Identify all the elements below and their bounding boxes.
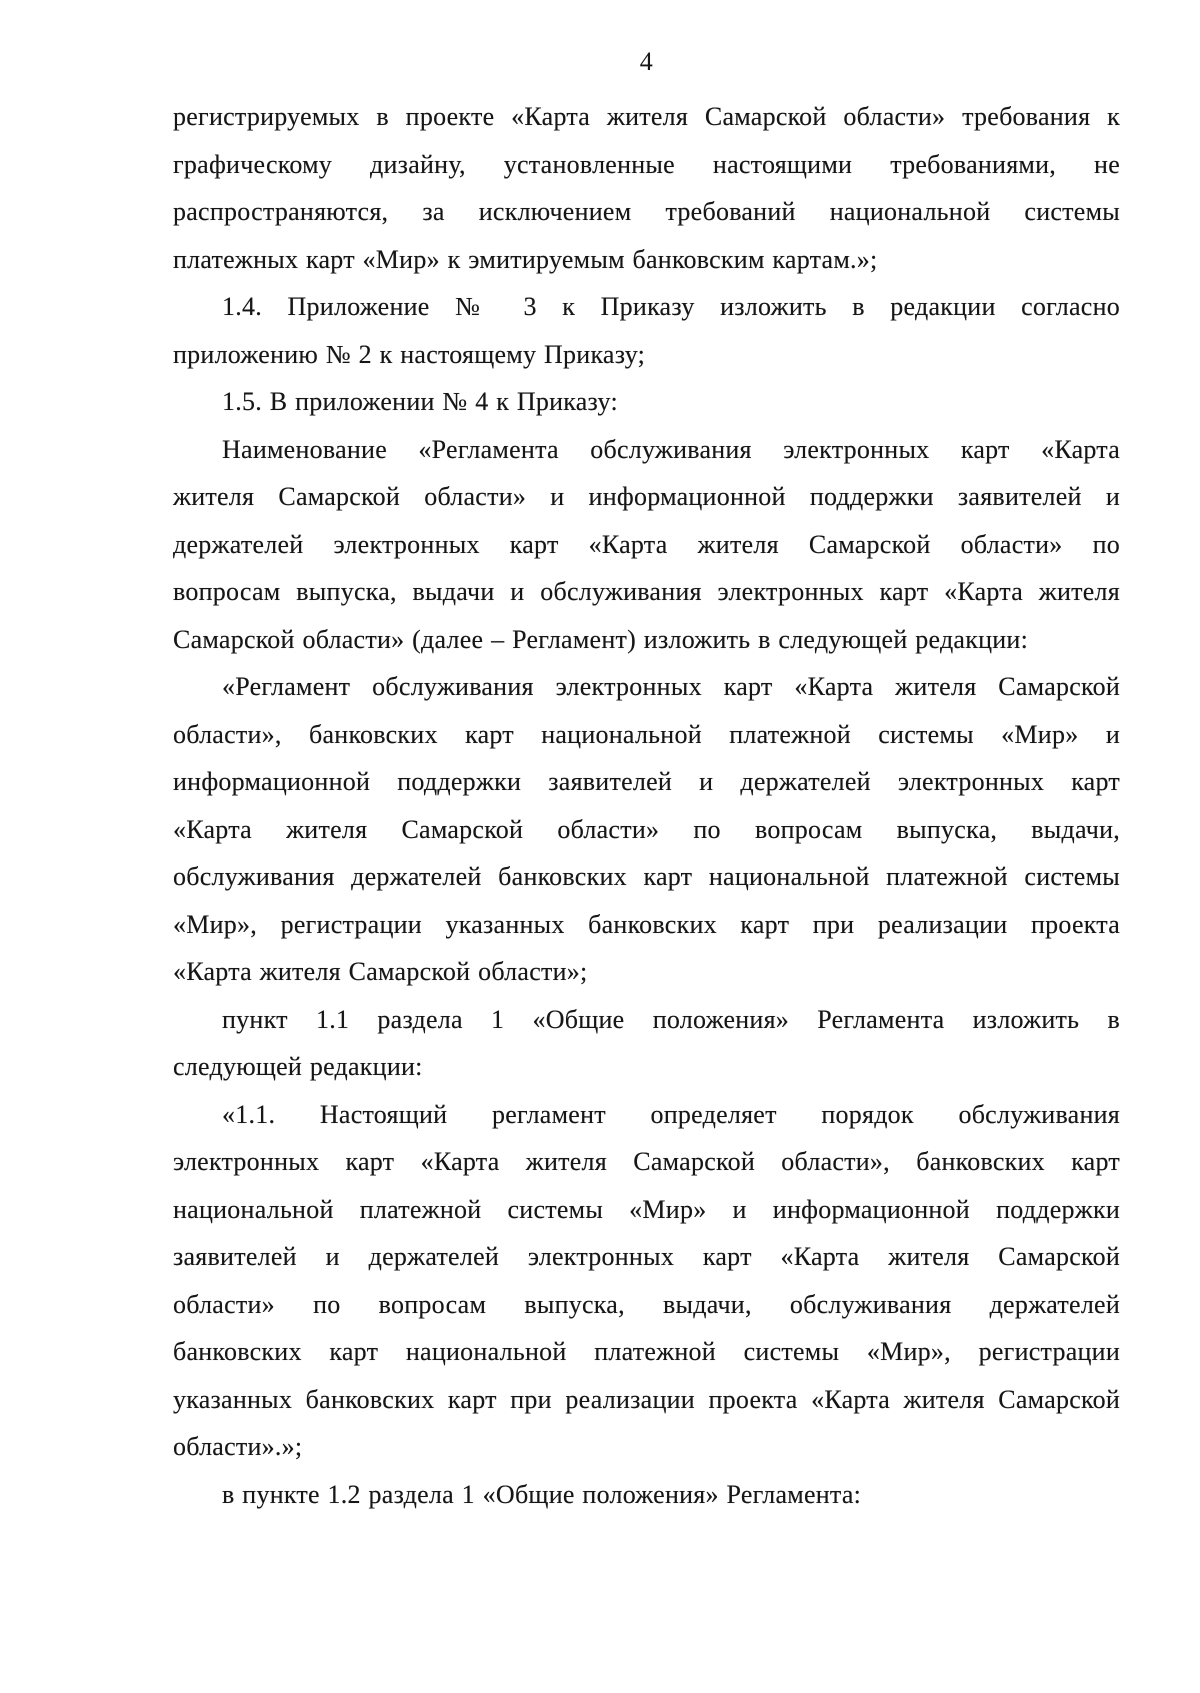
document-content: 4 регистрируемых в проекте «Карта жителя…: [173, 0, 1120, 1518]
text-line: жителя Самарской области» и информационн…: [173, 473, 1120, 521]
paragraph: регистрируемых в проекте «Карта жителя С…: [173, 93, 1120, 283]
text-line: национальной платежной системы «Мир» и и…: [173, 1186, 1120, 1234]
text-line: 1.5. В приложении № 4 к Приказу:: [173, 378, 1120, 426]
text-line: области», банковских карт национальной п…: [173, 711, 1120, 759]
paragraph: Наименование «Регламента обслуживания эл…: [173, 426, 1120, 664]
paragraph: «Регламент обслуживания электронных карт…: [173, 663, 1120, 996]
paragraph: пункт 1.1 раздела 1 «Общие положения» Ре…: [173, 996, 1120, 1091]
text-line: вопросам выпуска, выдачи и обслуживания …: [173, 568, 1120, 616]
text-line: приложению № 2 к настоящему Приказу;: [173, 331, 1120, 379]
text-line: платежных карт «Мир» к эмитируемым банко…: [173, 236, 1120, 284]
text-line: распространяются, за исключением требова…: [173, 188, 1120, 236]
text-line: электронных карт «Карта жителя Самарской…: [173, 1138, 1120, 1186]
paragraph: в пункте 1.2 раздела 1 «Общие положения»…: [173, 1471, 1120, 1519]
text-line: «Карта жителя Самарской области»;: [173, 948, 1120, 996]
text-line: «Мир», регистрации указанных банковских …: [173, 901, 1120, 949]
text-line: области».»;: [173, 1423, 1120, 1471]
paragraph: «1.1. Настоящий регламент определяет пор…: [173, 1091, 1120, 1471]
text-line: «Карта жителя Самарской области» по вопр…: [173, 806, 1120, 854]
text-line: «1.1. Настоящий регламент определяет пор…: [173, 1091, 1120, 1139]
text-line: 1.4. Приложение № 3 к Приказу изложить в…: [173, 283, 1120, 331]
document-page: 4 регистрируемых в проекте «Карта жителя…: [0, 0, 1200, 1693]
text-line: указанных банковских карт при реализации…: [173, 1376, 1120, 1424]
text-line: Наименование «Регламента обслуживания эл…: [173, 426, 1120, 474]
page-number: 4: [173, 38, 1120, 85]
paragraph: 1.5. В приложении № 4 к Приказу:: [173, 378, 1120, 426]
document-body: регистрируемых в проекте «Карта жителя С…: [173, 93, 1120, 1518]
text-line: информационной поддержки заявителей и де…: [173, 758, 1120, 806]
text-line: обслуживания держателей банковских карт …: [173, 853, 1120, 901]
text-line: банковских карт национальной платежной с…: [173, 1328, 1120, 1376]
text-line: заявителей и держателей электронных карт…: [173, 1233, 1120, 1281]
text-line: области» по вопросам выпуска, выдачи, об…: [173, 1281, 1120, 1329]
text-line: держателей электронных карт «Карта жител…: [173, 521, 1120, 569]
text-line: в пункте 1.2 раздела 1 «Общие положения»…: [173, 1471, 1120, 1519]
text-line: регистрируемых в проекте «Карта жителя С…: [173, 93, 1120, 141]
text-line: Самарской области» (далее – Регламент) и…: [173, 616, 1120, 664]
paragraph: 1.4. Приложение № 3 к Приказу изложить в…: [173, 283, 1120, 378]
text-line: графическому дизайну, установленные наст…: [173, 141, 1120, 189]
text-line: следующей редакции:: [173, 1043, 1120, 1091]
text-line: пункт 1.1 раздела 1 «Общие положения» Ре…: [173, 996, 1120, 1044]
text-line: «Регламент обслуживания электронных карт…: [173, 663, 1120, 711]
